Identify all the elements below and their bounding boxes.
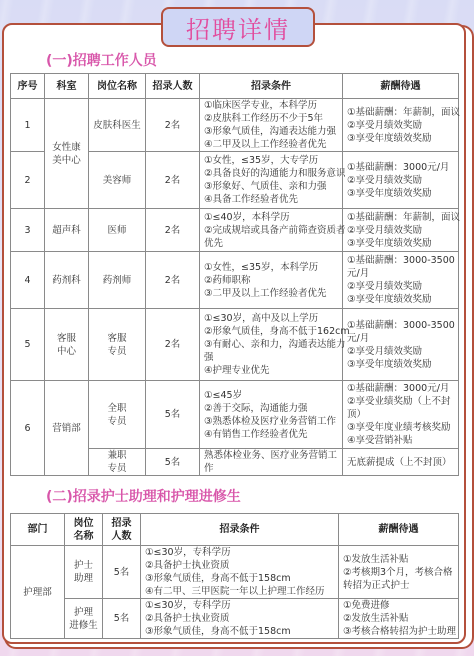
row-requirements: ①≤40岁，本科学历 ②完成规培或具备产前筛查资质者 优先 — [200, 209, 343, 252]
row-requirements: ①≤45岁 ②善于交际，沟通能力强 ③熟悉体检及医疗业务营销工作 ④有销售工作经… — [200, 381, 343, 449]
row-dept: 客服 中心 — [45, 309, 89, 381]
row-salary: 无底薪提成（上不封顶） — [343, 449, 459, 476]
header-salary: 薪酬待遇 — [343, 74, 459, 99]
page-title-box: 招聘详情 — [161, 7, 315, 47]
row-no: 5 — [11, 309, 45, 381]
section1-title: (一)招聘工作人员 — [46, 50, 157, 70]
header-dept: 科室 — [45, 74, 89, 99]
row-requirements: ①女性，≤35岁，大专学历 ②具备良好的沟通能力和服务意识 ③形象好、气质佳、亲… — [200, 152, 343, 209]
row-position: 客服 专员 — [89, 309, 146, 381]
row-dept: 女性康 美中心 — [45, 99, 89, 209]
row-salary: ①免费进修 ②发放生活补贴 ③考核合格转招为护士助理 — [339, 599, 459, 639]
row-count: 2名 — [146, 252, 200, 309]
row-position: 皮肤科医生 — [89, 99, 146, 152]
row-no: 2 — [11, 152, 45, 209]
table-row: 5 客服 中心 客服 专员 2名 ①≤30岁，高中及以上学历 ②形象气质佳，身高… — [11, 309, 459, 381]
row-count: 2名 — [146, 209, 200, 252]
table-row: 1 女性康 美中心 皮肤科医生 2名 ①临床医学专业，本科学历 ②皮肤科工作经历… — [11, 99, 459, 152]
row-requirements: ①≤30岁，专科学历 ②具备护士执业资质 ③形象气质佳，身高不低于158cm ④… — [141, 546, 339, 599]
row-position: 医师 — [89, 209, 146, 252]
row-position: 护理 进修生 — [65, 599, 103, 639]
row-salary: ①基础薪酬：年薪制，面议 ②享受月绩效奖励 ③享受年度绩效奖励 — [343, 99, 459, 152]
staff-recruitment-table: 序号 科室 岗位名称 招录人数 招录条件 薪酬待遇 1 女性康 美中心 皮肤科医… — [10, 73, 459, 476]
header-dept: 部门 — [11, 514, 65, 546]
section2-title: (二)招录护士助理和护理进修生 — [46, 486, 241, 506]
nursing-recruitment-table: 部门 岗位 名称 招录 人数 招录条件 薪酬待遇 护理部 护士 助理 5名 ①≤… — [10, 513, 459, 639]
row-salary: ①发放生活补贴 ②考核期3个月，考核合格 转招为正式护士 — [339, 546, 459, 599]
row-dept: 超声科 — [45, 209, 89, 252]
row-position: 兼职 专员 — [89, 449, 146, 476]
row-count: 5名 — [146, 381, 200, 449]
row-requirements: ①≤30岁，高中及以上学历 ②形象气质佳，身高不低于162cm ③有耐心、亲和力… — [200, 309, 343, 381]
header-count: 招录 人数 — [103, 514, 141, 546]
table-row: 6 营销部 全职 专员 5名 ①≤45岁 ②善于交际，沟通能力强 ③熟悉体检及医… — [11, 381, 459, 449]
header-requirements: 招录条件 — [141, 514, 339, 546]
row-no: 6 — [11, 381, 45, 476]
table-row: 4 药剂科 药剂师 2名 ①女性，≤35岁，本科学历 ②药师职称 ③二甲及以上工… — [11, 252, 459, 309]
header-salary: 薪酬待遇 — [339, 514, 459, 546]
row-dept: 护理部 — [11, 546, 65, 639]
row-salary: ①基础薪酬：年薪制，面议 ②享受月绩效奖励 ③享受年度绩效奖励 — [343, 209, 459, 252]
row-position: 全职 专员 — [89, 381, 146, 449]
row-dept: 营销部 — [45, 381, 89, 476]
row-position: 护士 助理 — [65, 546, 103, 599]
row-dept: 药剂科 — [45, 252, 89, 309]
row-salary: ①基础薪酬：3000元/月 ②享受业绩奖励（上不封 顶） ③享受年度业绩考核奖励… — [343, 381, 459, 449]
row-no: 3 — [11, 209, 45, 252]
table-row: 护理部 护士 助理 5名 ①≤30岁，专科学历 ②具备护士执业资质 ③形象气质佳… — [11, 546, 459, 599]
row-count: 5名 — [103, 546, 141, 599]
table-header-row: 部门 岗位 名称 招录 人数 招录条件 薪酬待遇 — [11, 514, 459, 546]
row-position: 美容师 — [89, 152, 146, 209]
header-no: 序号 — [11, 74, 45, 99]
header-position: 岗位 名称 — [65, 514, 103, 546]
row-requirements: 熟悉体检业务、医疗业务营销工作 — [200, 449, 343, 476]
row-no: 1 — [11, 99, 45, 152]
table-header-row: 序号 科室 岗位名称 招录人数 招录条件 薪酬待遇 — [11, 74, 459, 99]
row-count: 2名 — [146, 152, 200, 209]
row-salary: ①基础薪酬：3000-3500 元/月 ②享受月绩效奖励 ③享受年度绩效奖励 — [343, 309, 459, 381]
row-count: 2名 — [146, 99, 200, 152]
row-count: 2名 — [146, 309, 200, 381]
row-requirements: ①临床医学专业，本科学历 ②皮肤科工作经历不少于5年 ③形象气质佳，沟通表达能力… — [200, 99, 343, 152]
row-salary: ①基础薪酬：3000-3500 元/月 ②享受月绩效奖励 ③享受年度绩效奖励 — [343, 252, 459, 309]
row-position: 药剂师 — [89, 252, 146, 309]
header-requirements: 招录条件 — [200, 74, 343, 99]
page-title: 招聘详情 — [186, 10, 290, 45]
row-salary: ①基础薪酬：3000元/月 ②享受月绩效奖励 ③享受年度绩效奖励 — [343, 152, 459, 209]
header-position: 岗位名称 — [89, 74, 146, 99]
row-requirements: ①女性，≤35岁，本科学历 ②药师职称 ③二甲及以上工作经验者优先 — [200, 252, 343, 309]
row-requirements: ①≤30岁，专科学历 ②具备护士执业资质 ③形象气质佳，身高不低于158cm — [141, 599, 339, 639]
table-row: 3 超声科 医师 2名 ①≤40岁，本科学历 ②完成规培或具备产前筛查资质者 优… — [11, 209, 459, 252]
header-count: 招录人数 — [146, 74, 200, 99]
row-no: 4 — [11, 252, 45, 309]
table-row: 护理 进修生 5名 ①≤30岁，专科学历 ②具备护士执业资质 ③形象气质佳，身高… — [11, 599, 459, 639]
row-count: 5名 — [146, 449, 200, 476]
row-count: 5名 — [103, 599, 141, 639]
